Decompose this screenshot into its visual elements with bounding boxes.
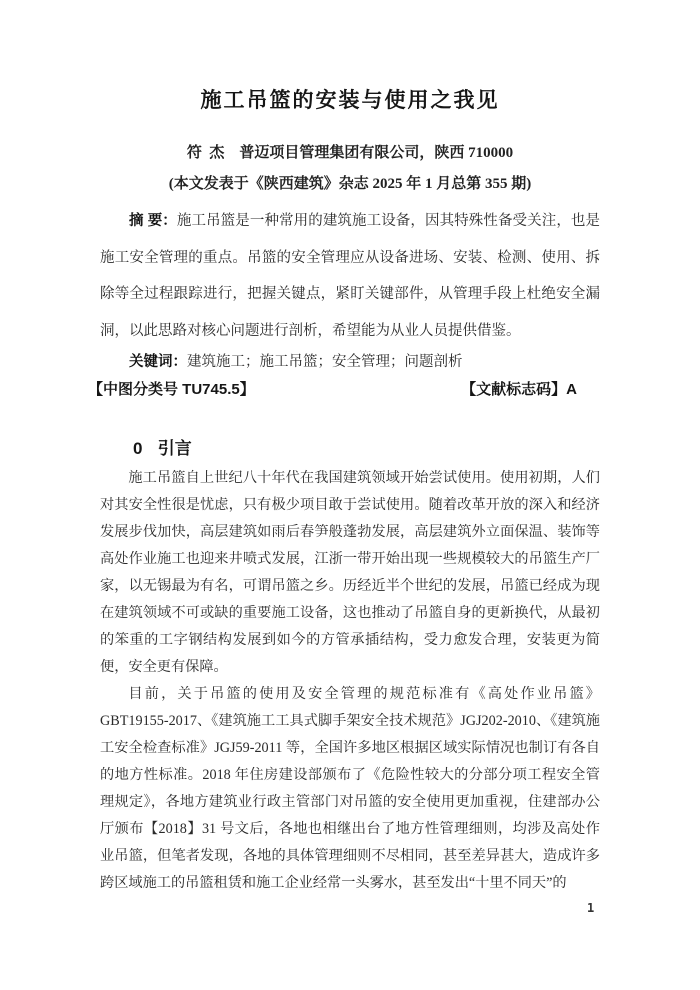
keywords-line: 关键词：建筑施工；施工吊篮；安全管理；问题剖析 (100, 349, 600, 376)
abstract-paragraph: 摘 要：施工吊篮是一种常用的建筑施工设备，因其特殊性备受关注，也是施工安全管理的… (100, 203, 600, 349)
body-paragraph: 施工吊篮自上世纪八十年代在我国建筑领域开始尝试使用。使用初期，人们对其安全性很是… (100, 465, 600, 681)
keywords-text: 建筑施工；施工吊篮；安全管理；问题剖析 (187, 354, 463, 370)
clc-number: 【中图分类号 TU745.5】 (88, 376, 255, 403)
abstract-label: 摘 要： (129, 213, 177, 229)
paper-title: 施工吊篮的安装与使用之我见 (100, 88, 600, 113)
page-number: 1 (587, 901, 594, 915)
document-page: 施工吊篮的安装与使用之我见 符 杰 普迈项目管理集团有限公司，陕西 710000… (0, 0, 700, 990)
abstract-text: 施工吊篮是一种常用的建筑施工设备，因其特殊性备受关注，也是施工安全管理的重点。吊… (100, 213, 600, 339)
section-title: 引言 (158, 439, 192, 458)
publication-note: (本文发表于《陕西建筑》杂志 2025 年 1 月总第 355 期) (100, 174, 600, 194)
section-heading-introduction: 0引言 (100, 437, 600, 461)
document-code: 【文献标志码】A (461, 376, 577, 403)
section-number: 0 (133, 439, 142, 458)
author-affiliation-line: 符 杰 普迈项目管理集团有限公司，陕西 710000 (100, 143, 600, 163)
classification-row: 【中图分类号 TU745.5】 【文献标志码】A (88, 376, 600, 403)
keywords-label: 关键词： (129, 354, 187, 370)
body-paragraph: 目前，关于吊篮的使用及安全管理的规范标准有《高处作业吊篮》GBT19155-20… (100, 681, 600, 897)
